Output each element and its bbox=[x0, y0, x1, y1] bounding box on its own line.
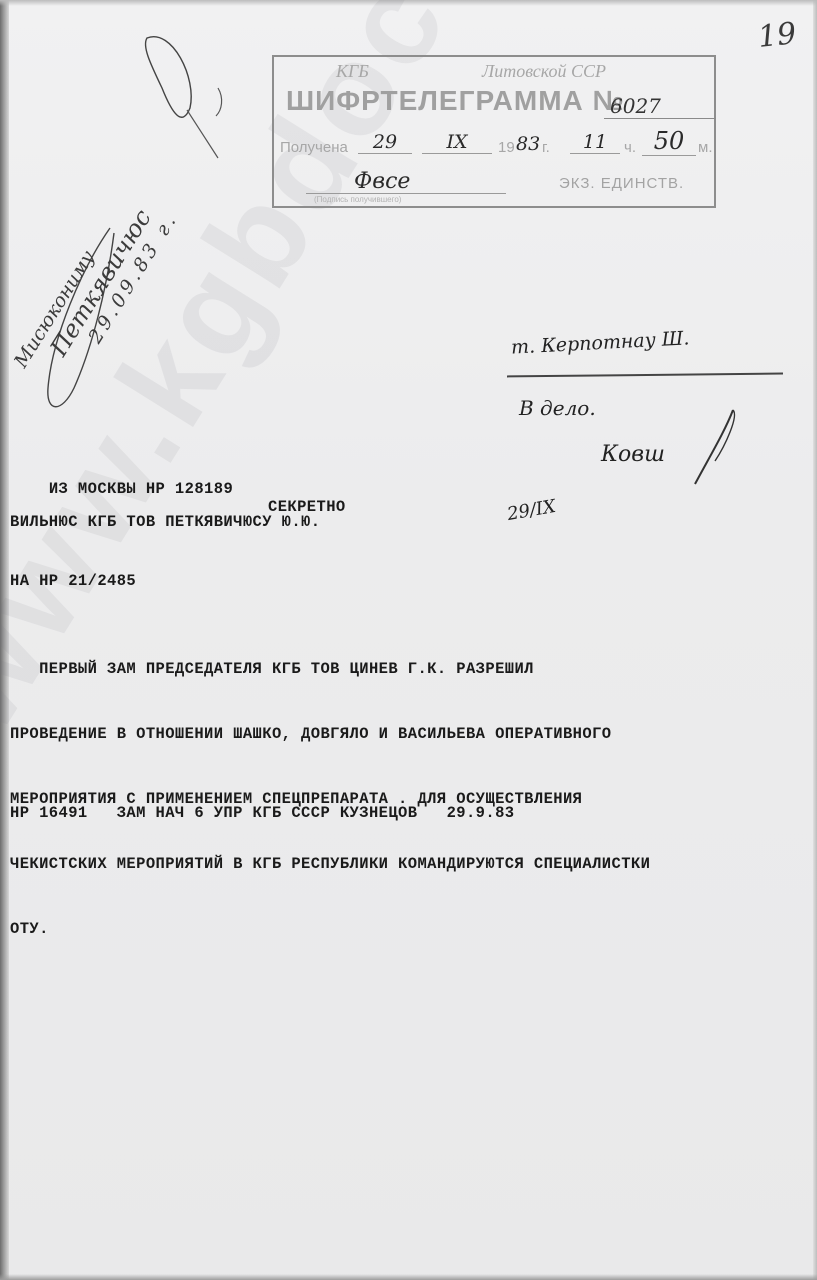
stamp-year-value: 83 bbox=[516, 133, 540, 155]
telegram-body-line: ОТУ. bbox=[10, 920, 800, 949]
page-bottom-edge bbox=[0, 1274, 817, 1280]
stamp-month: IX bbox=[422, 131, 492, 154]
stamp-copy-label: ЭКЗ. ЕДИНСТВ. bbox=[559, 175, 684, 192]
stamp-minutes-label: м. bbox=[698, 139, 712, 156]
telegram-signature-line: НР 16491 ЗАМ НАЧ 6 УПР КГБ СССР КУЗНЕЦОВ… bbox=[10, 804, 514, 822]
archive-page-number: 19 bbox=[756, 16, 798, 55]
stamp-signature-caption: (Подпись получившего) bbox=[314, 195, 401, 204]
telegram-body-line: ПРОВЕДЕНИЕ В ОТНОШЕНИИ ШАШКО, ДОВГЯЛО И … bbox=[10, 725, 800, 754]
stamp-day: 29 bbox=[358, 131, 412, 154]
resolution-rule bbox=[507, 373, 783, 378]
resolution-addressee: т. Керпотнау Ш. bbox=[511, 327, 690, 358]
stamp-received-label: Получена bbox=[280, 139, 348, 156]
stamp-hours-label: ч. bbox=[624, 139, 636, 156]
resolution-signature: Ковш bbox=[601, 442, 665, 467]
stamp-year-suffix: г. bbox=[542, 139, 550, 156]
telegram-recipient: ВИЛЬНЮС КГБ ТОВ ПЕТКЯВИЧЮСУ Ю.Ю. bbox=[10, 513, 320, 531]
telegram-origin: ИЗ МОСКВЫ НР 128189 bbox=[49, 480, 233, 498]
telegram-body-line: ЧЕКИСТСКИХ МЕРОПРИЯТИЙ В КГБ РЕСПУБЛИКИ … bbox=[10, 855, 800, 884]
stamp-received-row: Получена 29 IX 19 83 г. 11 ч. 50 м. bbox=[280, 135, 712, 161]
stamp-year-prefix: 19 bbox=[498, 139, 515, 156]
stamp-title-text: ШИФРТЕЛЕГРАММА bbox=[286, 85, 584, 116]
cipher-telegram-stamp: КГБ Литовской ССР ШИФРТЕЛЕГРАММА № 6027 … bbox=[272, 55, 716, 208]
signature-stroke-icon bbox=[655, 406, 745, 496]
stamp-signature-line bbox=[306, 193, 506, 194]
handwritten-resolution: т. Керпотнау Ш. В дело. Ковш 29/IX bbox=[505, 332, 795, 542]
stamp-republic: Литовской ССР bbox=[482, 61, 606, 82]
stamp-title: ШИФРТЕЛЕГРАММА № bbox=[286, 85, 625, 117]
stamp-minutes: 50 bbox=[642, 127, 696, 156]
telegram-body-line: ПЕРВЫЙ ЗАМ ПРЕДСЕДАТЕЛЯ КГБ ТОВ ЦИНЕВ Г.… bbox=[10, 660, 800, 689]
resolution-directive: В дело. bbox=[519, 396, 596, 420]
stamp-number-value: 6027 bbox=[604, 94, 716, 119]
stamp-hours: 11 bbox=[570, 131, 620, 154]
resolution-date: 29/IX bbox=[506, 496, 558, 525]
stamp-signature-row: Фвсе (Подпись получившего) ЭКЗ. ЕДИНСТВ. bbox=[274, 169, 714, 199]
stamp-organization: КГБ bbox=[336, 61, 369, 82]
page-right-edge bbox=[813, 0, 817, 1280]
stamp-receiver-signature: Фвсе bbox=[354, 169, 410, 194]
telegram-reference: НА НР 21/2485 bbox=[10, 572, 136, 590]
